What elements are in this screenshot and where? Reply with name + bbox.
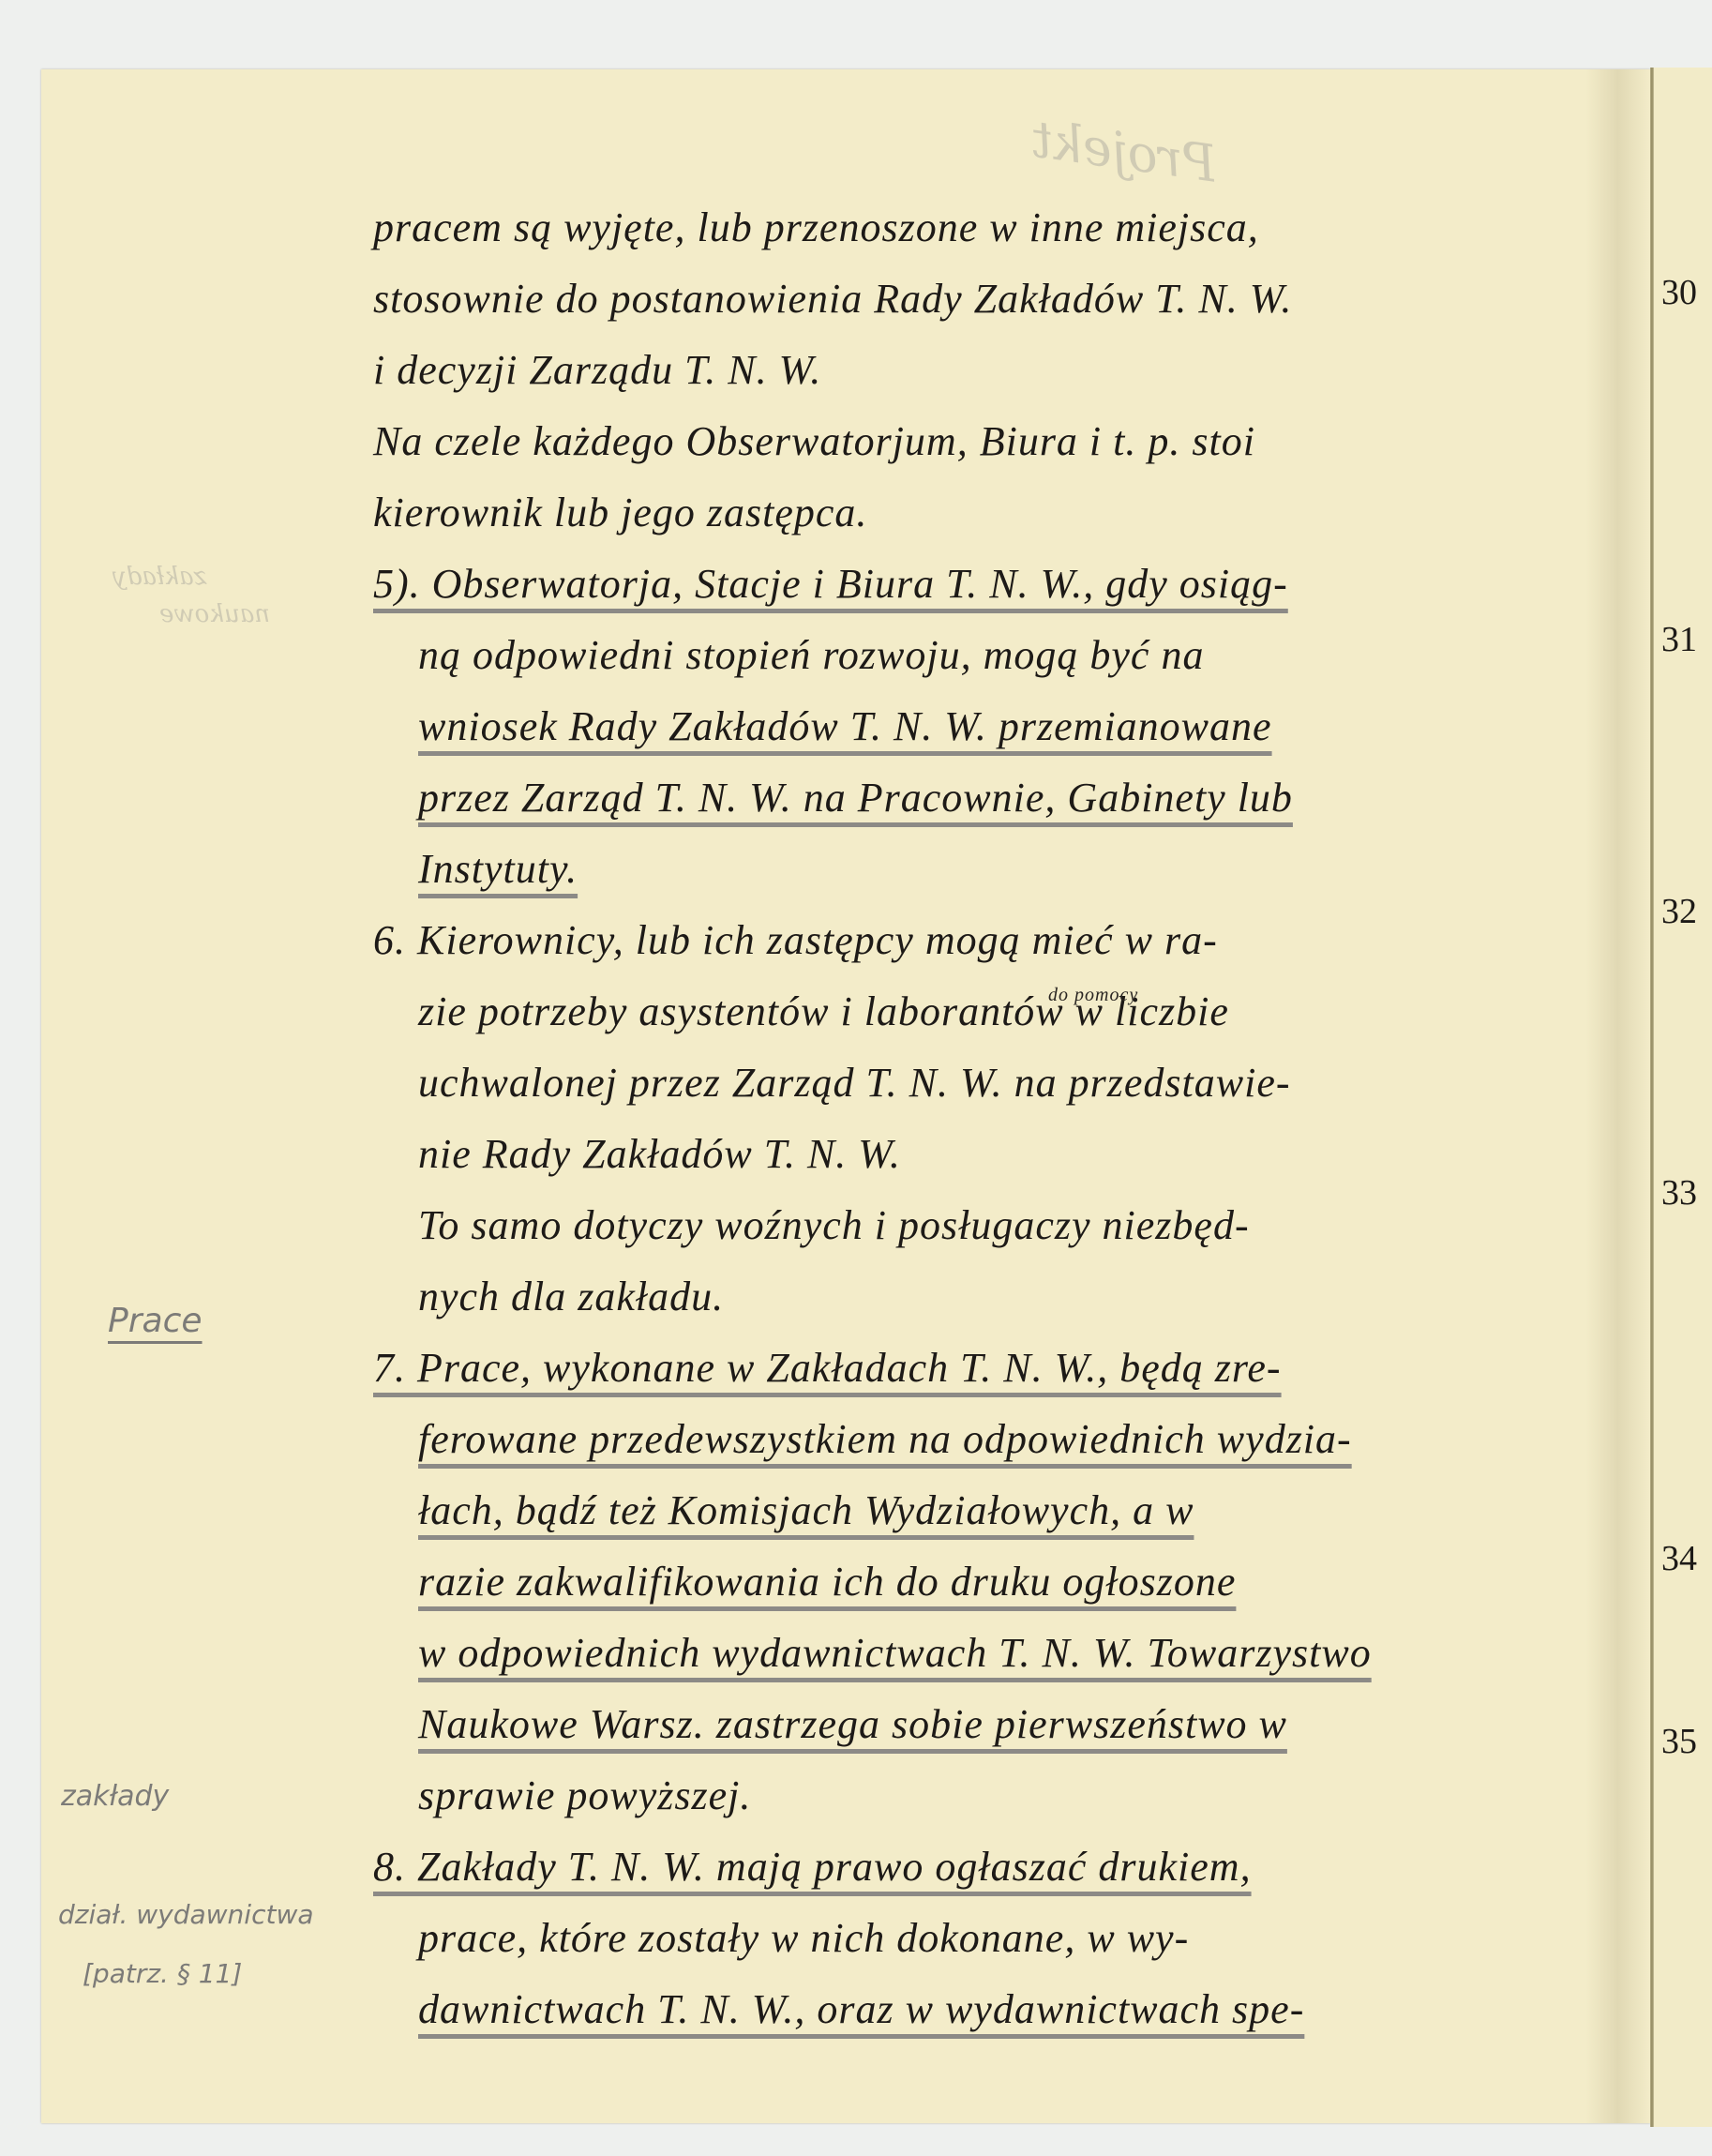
text-line: pracem są wyjęte, lub przenoszone w inne… (373, 192, 1658, 264)
interlinear-insertion: do pomocy (1048, 959, 1138, 1031)
margin-note-zaklady: zakłady (61, 1780, 169, 1813)
text-line: wniosek Rady Zakładów T. N. W. przemiano… (373, 691, 1658, 762)
text-line: przez Zarząd T. N. W. na Pracownie, Gabi… (373, 762, 1658, 834)
text-line: w odpowiednich wydawnictwach T. N. W. To… (373, 1618, 1658, 1689)
right-column-number: 32 (1661, 891, 1712, 932)
text-line: uchwalonej przez Zarząd T. N. W. na prze… (373, 1048, 1658, 1119)
text-line: Naukowe Warsz. zastrzega sobie pierwszeń… (373, 1689, 1658, 1760)
manuscript-body: pracem są wyjęte, lub przenoszone w inne… (373, 192, 1658, 2045)
text-line-section-5: 5). Obserwatorja, Stacje i Biura T. N. W… (373, 549, 1658, 620)
text-line: ferowane przedewszystkiem na odpowiednic… (373, 1404, 1658, 1475)
bleed-through-margin-note: naukowe (159, 600, 270, 628)
margin-note-dzial-wydawnictwa: dział. wydawnictwa (58, 1899, 314, 1930)
text-line: zie potrzeby asystentów i laborantów w l… (373, 976, 1658, 1048)
text-line-section-8: 8. Zakłady T. N. W. mają prawo ogłaszać … (373, 1832, 1658, 1903)
text-line: ną odpowiedni stopień rozwoju, mogą być … (373, 620, 1658, 691)
text-line-section-7: 7. Prace, wykonane w Zakładach T. N. W.,… (373, 1333, 1658, 1404)
bleed-through-margin-note: zakłady (113, 563, 206, 591)
right-column-number: 35 (1661, 1721, 1712, 1762)
text-line: kierownik lub jego zastępca. (373, 477, 1658, 549)
text-line-section-6: 6. Kierownicy, lub ich zastępcy mogą mie… (373, 905, 1658, 976)
text-line: nie Rady Zakładów T. N. W. (373, 1119, 1658, 1190)
adjacent-page-edge (1654, 68, 1712, 2127)
text-line: nych dla zakładu. (373, 1261, 1658, 1333)
right-column-number: 31 (1661, 619, 1712, 660)
text-line: To samo dotyczy woźnych i posługaczy nie… (373, 1190, 1658, 1261)
right-column-number: 30 (1661, 272, 1712, 313)
text-line: łach, bądź też Komisjach Wydziałowych, a… (373, 1475, 1658, 1546)
text-line: i decyzji Zarządu T. N. W. (373, 335, 1658, 406)
right-column-number: 34 (1661, 1538, 1712, 1579)
text-line: stosownie do postanowienia Rady Zakładów… (373, 264, 1658, 335)
margin-note-reference: [patrz. § 11] (83, 1958, 242, 1989)
text-line: Na czele każdego Obserwatorjum, Biura i … (373, 406, 1658, 477)
text-line: razie zakwalifikowania ich do druku ogło… (373, 1546, 1658, 1618)
margin-note-prace: Prace (108, 1302, 203, 1340)
text-line: sprawie powyższej. (373, 1760, 1658, 1832)
text-line: dawnictwach T. N. W., oraz w wydawnictwa… (373, 1974, 1658, 2045)
text-line: prace, które zostały w nich dokonane, w … (373, 1903, 1658, 1974)
right-column-number: 33 (1661, 1172, 1712, 1214)
text-line: Instytuty. (373, 834, 1658, 905)
